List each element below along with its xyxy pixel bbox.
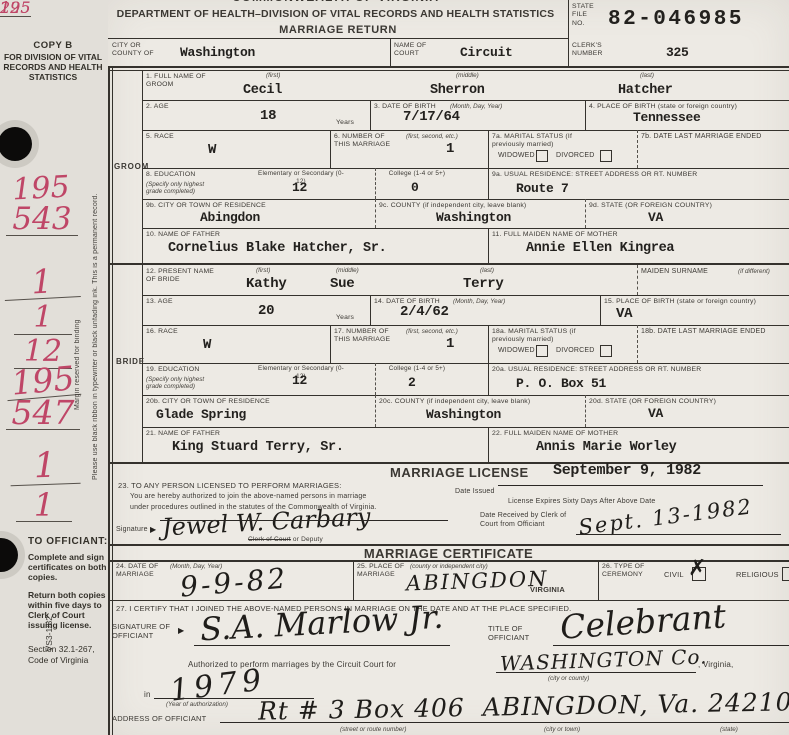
civil-label: CIVIL	[664, 570, 684, 579]
or-deputy-text: or Deputy	[291, 536, 323, 543]
groom-college-label: College (1-4 or 5+)	[386, 170, 448, 178]
to-officiant-p1: Complete and sign certificates on both c…	[28, 552, 108, 583]
groom-age-value: 18	[260, 108, 276, 124]
bride-college-label: College (1-4 or 5+)	[386, 365, 448, 373]
groom-address-label: 9a. USUAL RESIDENCE: STREET ADDRESS OR R…	[492, 171, 697, 179]
officiant-address-label: ADDRESS OF OFFICIANT	[112, 714, 206, 723]
religious-checkbox	[782, 567, 789, 581]
bride-last-marriage-label: 18b. DATE LAST MARRIAGE ENDED	[641, 328, 766, 337]
groom-state-value: VA	[648, 210, 663, 225]
bride-pob-value: VA	[616, 306, 632, 322]
bride-county-value: Washington	[426, 407, 501, 422]
court-value: Circuit	[460, 45, 513, 60]
department-heading: DEPARTMENT OF HEALTH–DIVISION OF VITAL R…	[108, 8, 563, 21]
groom-address-value: Route 7	[516, 181, 569, 196]
bride-county-label: 20c. COUNTY (if independent city, leave …	[379, 398, 530, 406]
groom-elem-value: 12	[292, 180, 307, 195]
to-officiant-p3: Section 32.1-267, Code of Virginia	[28, 644, 108, 664]
officiant-signature-label: SIGNATURE OF OFFICIANT	[112, 622, 172, 641]
bride-last-hint: (last)	[480, 267, 494, 274]
bride-years-label: Years	[336, 314, 354, 322]
marriage-place-value: ABINGDON	[406, 567, 549, 596]
to-officiant-note: TO OFFICIANT: Complete and sign certific…	[28, 536, 108, 665]
form-body: COMMONWEALTH OF VIRGINIA DEPARTMENT OF H…	[108, 0, 789, 735]
groom-widowed-checkbox	[536, 150, 548, 162]
city-county-label: CITY OR COUNTY OF	[112, 42, 164, 59]
clerk-number-label: CLERK'S NUMBER	[572, 42, 616, 59]
groom-pob-value: Tennessee	[633, 110, 701, 125]
groom-marriage-num-hint: (first, second, etc.)	[406, 133, 458, 140]
form-code: VS3-1/82	[44, 616, 54, 651]
margin-number: 1	[3, 264, 81, 301]
bride-race-value: W	[203, 337, 211, 353]
bride-address-value: P. O. Box 51	[516, 376, 606, 391]
in-label: in	[144, 690, 151, 700]
date-issued-label: Date Issued	[455, 488, 495, 497]
groom-last-name: Hatcher	[618, 83, 673, 98]
year-of-authorization-hint: (Year of authorization)	[166, 701, 228, 708]
commonwealth-heading: COMMONWEALTH OF VIRGINIA	[108, 0, 563, 5]
officiant-title-value: Celebrant	[559, 596, 727, 646]
state-file-label: STATE FILE NO.	[572, 3, 598, 28]
groom-marriage-num-value: 1	[446, 141, 454, 157]
groom-first-hint: (first)	[266, 72, 280, 79]
to-officiant-title: TO OFFICIANT:	[28, 536, 108, 547]
groom-race-value: W	[208, 142, 216, 158]
groom-last-hint: (last)	[640, 72, 654, 79]
city-town-hint: (city or town)	[544, 726, 580, 733]
bride-city-label: 20b. CITY OR TOWN OF RESIDENCE	[146, 398, 270, 406]
license-expires-note: License Expires Sixty Days After Above D…	[508, 498, 656, 507]
bride-mother-value: Annis Marie Worley	[536, 440, 676, 455]
street-hint: (street or route number)	[340, 726, 407, 733]
bride-middle-name: Sue	[330, 276, 354, 292]
groom-last-marriage-label: 7b. DATE LAST MARRIAGE ENDED	[641, 133, 761, 142]
to-officiant-p2: Return both copies within five days to C…	[28, 590, 108, 631]
groom-mother-value: Annie Ellen Kingrea	[526, 241, 674, 256]
marriage-place-label: 25. PLACE OF MARRIAGE	[357, 563, 409, 580]
bride-maiden-label: MAIDEN SURNAME	[641, 268, 708, 277]
groom-years-label: Years	[336, 119, 354, 127]
bride-age-label: 13. AGE	[146, 298, 173, 306]
bride-dob-value: 2/4/62	[400, 304, 449, 320]
virginia-suffix: , Virginia,	[698, 660, 733, 670]
bride-maiden-hint: (if different)	[738, 268, 770, 275]
groom-middle-name: Sherron	[430, 83, 485, 98]
margin-number: 1	[14, 304, 72, 335]
bride-race-label: 16. RACE	[146, 328, 178, 336]
clerk-number-value: 325	[666, 45, 689, 60]
clerk-or-deputy-label: Clerk of Court or Deputy	[248, 536, 323, 544]
license-item-label: 23. TO ANY PERSON LICENSED TO PERFORM MA…	[118, 481, 342, 490]
groom-age-label: 2. AGE	[146, 103, 169, 111]
groom-widowed-label: WIDOWED	[498, 152, 535, 161]
margin-number: 547	[6, 397, 80, 430]
bride-section-label: BRIDE	[116, 357, 145, 366]
groom-race-label: 5. RACE	[146, 133, 174, 141]
bride-marriage-num-value: 1	[446, 336, 454, 352]
bride-divorced-label: DIVORCED	[556, 347, 595, 356]
bride-college-value: 2	[408, 375, 416, 390]
groom-name-label: 1. FULL NAME OF GROOM	[146, 73, 208, 90]
bride-divorced-checkbox	[600, 345, 612, 357]
bride-widowed-checkbox	[536, 345, 548, 357]
officiant-title-label: TITLE OF OFFICIANT	[488, 624, 536, 643]
ceremony-type-label: 26. TYPE OF CEREMONY	[602, 563, 654, 580]
groom-city-value: Abingdon	[200, 210, 260, 225]
groom-college-value: 0	[411, 180, 419, 195]
religious-label: RELIGIOUS	[736, 570, 779, 579]
copy-for-label: FOR DIVISION OF VITAL RECORDS AND HEALTH…	[0, 53, 106, 82]
bride-dob-hint: (Month, Day, Year)	[453, 298, 505, 305]
copy-label: COPY B	[0, 40, 106, 51]
clerk-signature-label: Signature	[116, 526, 148, 535]
bride-elem-value: 12	[292, 373, 307, 388]
bride-father-value: King Stuard Terry, Sr.	[172, 440, 344, 455]
officiant-signature-arrow-icon: ▶	[178, 626, 184, 635]
bride-father-label: 21. NAME OF FATHER	[146, 430, 220, 438]
bride-marriage-num-label: 17. NUMBER OF THIS MARRIAGE	[334, 328, 400, 345]
margin-number: 1	[0, 0, 10, 17]
marriage-date-label: 24. DATE OF MARRIAGE	[116, 563, 168, 580]
groom-edu-label: 8. EDUCATION	[146, 171, 195, 179]
bride-first-name: Kathy	[246, 276, 287, 292]
clerk-of-court-struck: Clerk of Court	[248, 536, 291, 543]
groom-middle-hint: (middle)	[456, 72, 479, 79]
binding-note-2: Please use black ribbon in typewriter or…	[92, 150, 99, 480]
court-label: NAME OF COURT	[394, 42, 434, 59]
groom-first-name: Cecil	[243, 83, 282, 98]
margin-number: 1	[16, 490, 72, 522]
civil-check-mark: ✗	[688, 556, 706, 581]
groom-marriage-num-label: 6. NUMBER OF THIS MARRIAGE	[334, 133, 400, 150]
bride-marital-label: 18a. MARITAL STATUS (if previously marri…	[492, 328, 604, 345]
groom-father-value: Cornelius Blake Hatcher, Sr.	[168, 241, 386, 256]
scanned-marriage-return-document: COMMONWEALTH OF VIRGINIA DEPARTMENT OF H…	[0, 0, 789, 735]
license-body-1: You are hereby authorized to join the ab…	[130, 493, 367, 502]
marriage-place-state: VIRGINIA	[530, 585, 565, 594]
city-county-hint: (city or county)	[548, 675, 589, 682]
groom-edu-hint: (Specify only highest grade completed)	[146, 181, 216, 195]
bride-age-value: 20	[258, 303, 274, 319]
license-date: September 9, 1982	[553, 462, 701, 479]
signature-arrow-icon: ▶	[150, 525, 156, 534]
state-file-number: 82-046985	[608, 8, 744, 31]
groom-mother-label: 11. FULL MAIDEN NAME OF MOTHER	[492, 231, 618, 239]
bride-state-value: VA	[648, 406, 663, 421]
bride-address-label: 20a. USUAL RESIDENCE: STREET ADDRESS OR …	[492, 366, 701, 374]
groom-section-label: GROOM	[114, 162, 149, 171]
groom-marital-label: 7a. MARITAL STATUS (If previously marrie…	[492, 133, 602, 150]
bride-edu-label: 19. EDUCATION	[146, 366, 199, 374]
bride-middle-hint: (middle)	[336, 267, 359, 274]
state-hint: (state)	[720, 726, 738, 733]
authorized-court-value: WASHINGTON Co.	[500, 644, 708, 675]
groom-father-label: 10. NAME OF FATHER	[146, 231, 220, 239]
bride-marriage-num-hint: (first, second, etc.)	[406, 328, 458, 335]
city-county-value: Washington	[180, 45, 255, 60]
groom-divorced-label: DIVORCED	[556, 152, 595, 161]
bride-first-hint: (first)	[256, 267, 270, 274]
groom-county-value: Washington	[436, 210, 511, 225]
officiant-address-value: Rt # 3 Box 406 ABINGDON, Va. 24210	[258, 687, 789, 725]
groom-divorced-checkbox	[600, 150, 612, 162]
margin-number: 543	[6, 205, 78, 236]
groom-dob-value: 7/17/64	[403, 109, 460, 125]
margin-number: 1	[9, 449, 80, 487]
date-received-label: Date Received by Clerk of Court from Off…	[480, 512, 580, 530]
bride-mother-label: 22. FULL MAIDEN NAME OF MOTHER	[492, 430, 618, 438]
bride-name-label: 12. PRESENT NAME OF BRIDE	[146, 268, 216, 285]
bride-last-name: Terry	[463, 276, 504, 292]
bride-city-value: Glade Spring	[156, 407, 246, 422]
bride-edu-hint: (Specify only highest grade completed)	[146, 376, 216, 390]
bride-widowed-label: WIDOWED	[498, 347, 535, 356]
form-title: MARRIAGE RETURN	[168, 24, 508, 38]
binding-note-1: Margin reserved for binding	[74, 230, 81, 410]
license-title: MARRIAGE LICENSE	[390, 465, 529, 481]
